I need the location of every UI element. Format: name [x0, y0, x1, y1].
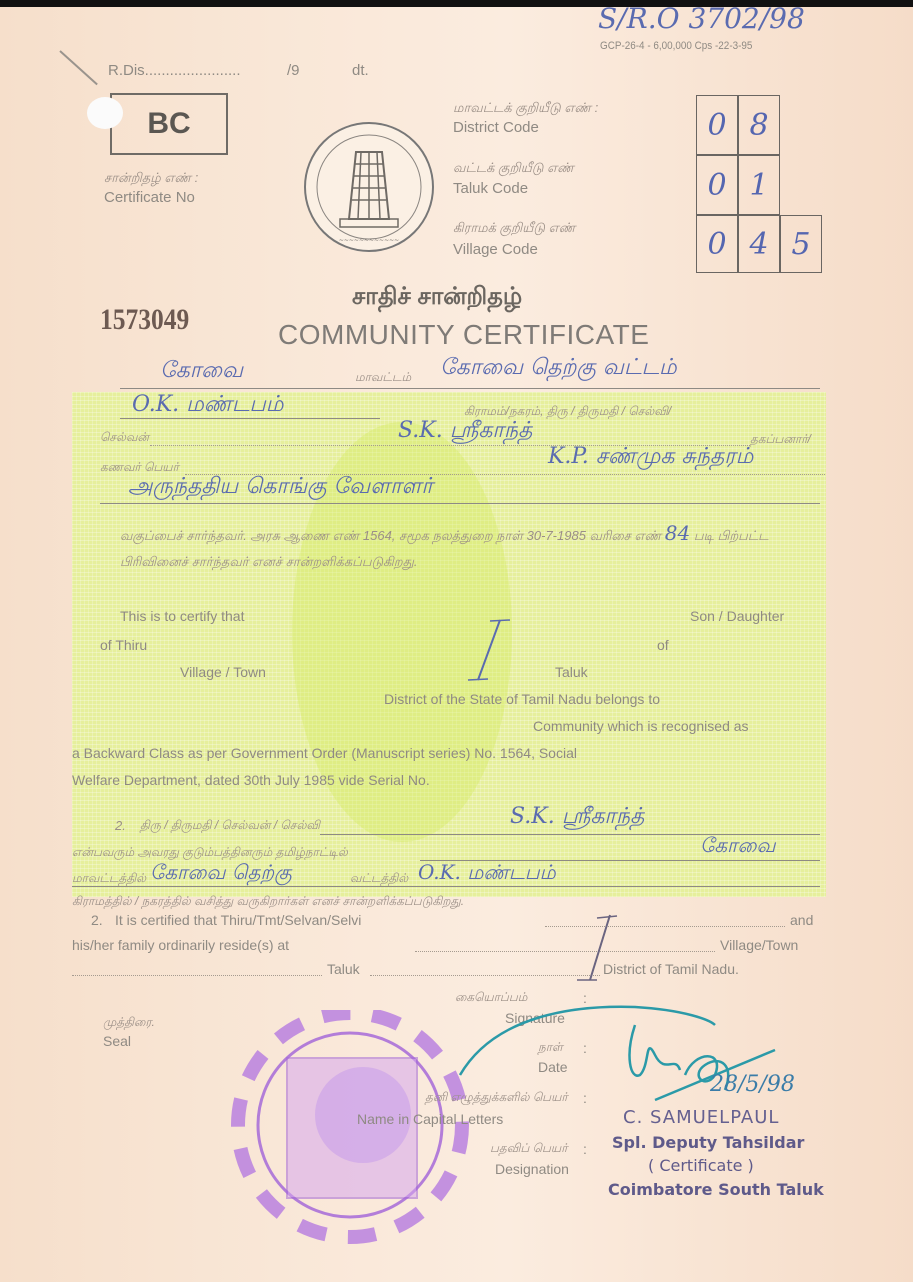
residence-en-and: and [790, 912, 813, 928]
selvan-label: செல்வன் [100, 430, 149, 446]
residence-strike-mark [575, 910, 625, 985]
certify-text: This is to certify that [120, 608, 244, 624]
residence-ta-label: திரு / திருமதி / செல்வன் / செல்வி [140, 818, 320, 834]
dt-label: dt. [352, 62, 369, 79]
colon: : [583, 1141, 587, 1157]
village-code-label-en: Village Code [453, 241, 538, 258]
officer-designation: Spl. Deputy Tahsildar [612, 1133, 804, 1152]
residence-village-handwritten: O.K. மண்டபம் [418, 860, 556, 887]
village-code-digit-3: 5 [780, 215, 822, 273]
official-seal-stamp [225, 1010, 475, 1260]
residence-ta-district-label: மாவட்டத்தில் [72, 871, 146, 887]
district-handwritten: கோவை [160, 358, 243, 386]
residence-district-handwritten: கோவை [700, 833, 776, 860]
district-label: மாவட்டம் [355, 370, 411, 386]
district-code-label-ta: மாவட்டக் குறியீடு எண் : [453, 100, 598, 117]
residence-en-line2: his/her family ordinarily reside(s) at [72, 937, 289, 953]
category-box: BC [110, 93, 228, 155]
r-dis-year: /9 [287, 62, 300, 79]
taluk-code-digit-2: 1 [738, 155, 780, 215]
community-recognised-text: Community which is recognised as [533, 718, 749, 734]
residence-en-village-town: Village/Town [720, 937, 798, 953]
officer-section: ( Certificate ) [648, 1156, 754, 1175]
title-tamil: சாதிச் சான்றிதழ் [352, 283, 522, 313]
community-handwritten: அருந்ததிய கொங்கு வேளாளர் [128, 474, 433, 502]
father-label: தகப்பனார்/ [750, 432, 811, 448]
of-thiru-text: of Thiru [100, 637, 147, 653]
svg-text:~~~~~~~~~~~~: ~~~~~~~~~~~~ [339, 237, 399, 244]
father-name-handwritten: K.P. சண்முக சுந்தரம் [548, 444, 753, 472]
seal-label-ta: முத்திரை. [103, 1015, 155, 1031]
designation-label-ta: பதவிப் பெயர் [490, 1141, 568, 1157]
taluk-handwritten: கோவை தெற்கு வட்டம் [440, 355, 677, 383]
emblem-icon: ~~~~~~~~~~~~ [304, 122, 434, 252]
village-handwritten: O.K. மண்டபம் [132, 392, 283, 420]
taluk-text: Taluk [555, 664, 588, 680]
of-text: of [657, 637, 669, 653]
residence-en-line1: It is certified that Thiru/Tmt/Selvan/Se… [115, 912, 361, 928]
backward-class-text: a Backward Class as per Government Order… [72, 745, 577, 761]
residence-line-3-rule [72, 886, 820, 887]
residence-ta-taluk-label: வட்டத்தில் [350, 871, 408, 887]
signed-date-handwritten: 28/5/98 [710, 1072, 795, 1097]
district-code-digit-2: 8 [738, 95, 780, 155]
village-code-digit-2: 4 [738, 215, 780, 273]
residence-name-handwritten: S.K. ஸ்ரீகாந்த் [510, 804, 644, 832]
district-code-label-en: District Code [453, 119, 539, 136]
seal-label-en: Seal [103, 1033, 131, 1049]
residence-ta-line2: என்பவரும் அவரது குடும்பத்தினரும் தமிழ்நா… [72, 845, 348, 861]
residence-en-rule-2 [415, 951, 715, 952]
certificate-no-label-ta: சான்றிதழ் எண் : [104, 170, 198, 187]
taluk-code-digit-1: 0 [696, 155, 738, 215]
district-state-text: District of the State of Tamil Nadu belo… [384, 691, 660, 707]
village-code-digit-1: 0 [696, 215, 738, 273]
residence-en-rule-4 [370, 975, 600, 976]
scan-right-edge [913, 0, 921, 1282]
designation-label-en: Designation [495, 1161, 569, 1177]
residence-en-number: 2. [91, 912, 103, 928]
strike-mark [460, 615, 520, 685]
signature-scribble [455, 995, 815, 1115]
taluk-code-label-ta: வட்டக் குறியீடு எண் [453, 160, 574, 177]
residence-ta-line4: கிராமத்தில் / நகரத்தில் வசித்து வருகிறார… [72, 894, 464, 910]
village-town-text: Village / Town [180, 664, 266, 680]
punch-hole [87, 97, 123, 129]
serial-handwritten: 84 [665, 521, 690, 545]
district-code-digit-1: 0 [696, 95, 738, 155]
residence-taluk-handwritten: கோவை தெற்கு [150, 860, 292, 887]
certificate-serial-number: 1573049 [100, 303, 189, 337]
taluk-code-label-en: Taluk Code [453, 180, 528, 197]
residence-en-taluk: Taluk [327, 961, 360, 977]
residence-en-rule-3 [72, 975, 322, 976]
line-5-rule [100, 503, 820, 504]
r-dis-label: R.Dis....................... [108, 62, 241, 79]
officer-name: C. SAMUELPAUL [623, 1107, 779, 1128]
tamil-paragraph: வகுப்பைச் சார்ந்தவர். அரசு ஆணை எண் 1564,… [120, 520, 820, 575]
officer-office: Coimbatore South Taluk [608, 1180, 824, 1199]
village-code-label-ta: கிராமக் குறியீடு எண் [453, 220, 575, 237]
applicant-name-handwritten: S.K. ஸ்ரீகாந்த் [398, 418, 532, 446]
welfare-dept-text: Welfare Department, dated 30th July 1985… [72, 772, 430, 788]
print-code: GCP-26-4 - 6,00,000 Cps -22-3-95 [600, 40, 752, 52]
handwritten-reference: S/R.O 3702/98 [598, 2, 805, 35]
line-1-rule [120, 388, 820, 389]
certificate-no-label-en: Certificate No [104, 189, 195, 206]
residence-ta-number: 2. [115, 818, 126, 833]
son-daughter-text: Son / Daughter [690, 608, 784, 624]
title-english: COMMUNITY CERTIFICATE [278, 319, 649, 351]
